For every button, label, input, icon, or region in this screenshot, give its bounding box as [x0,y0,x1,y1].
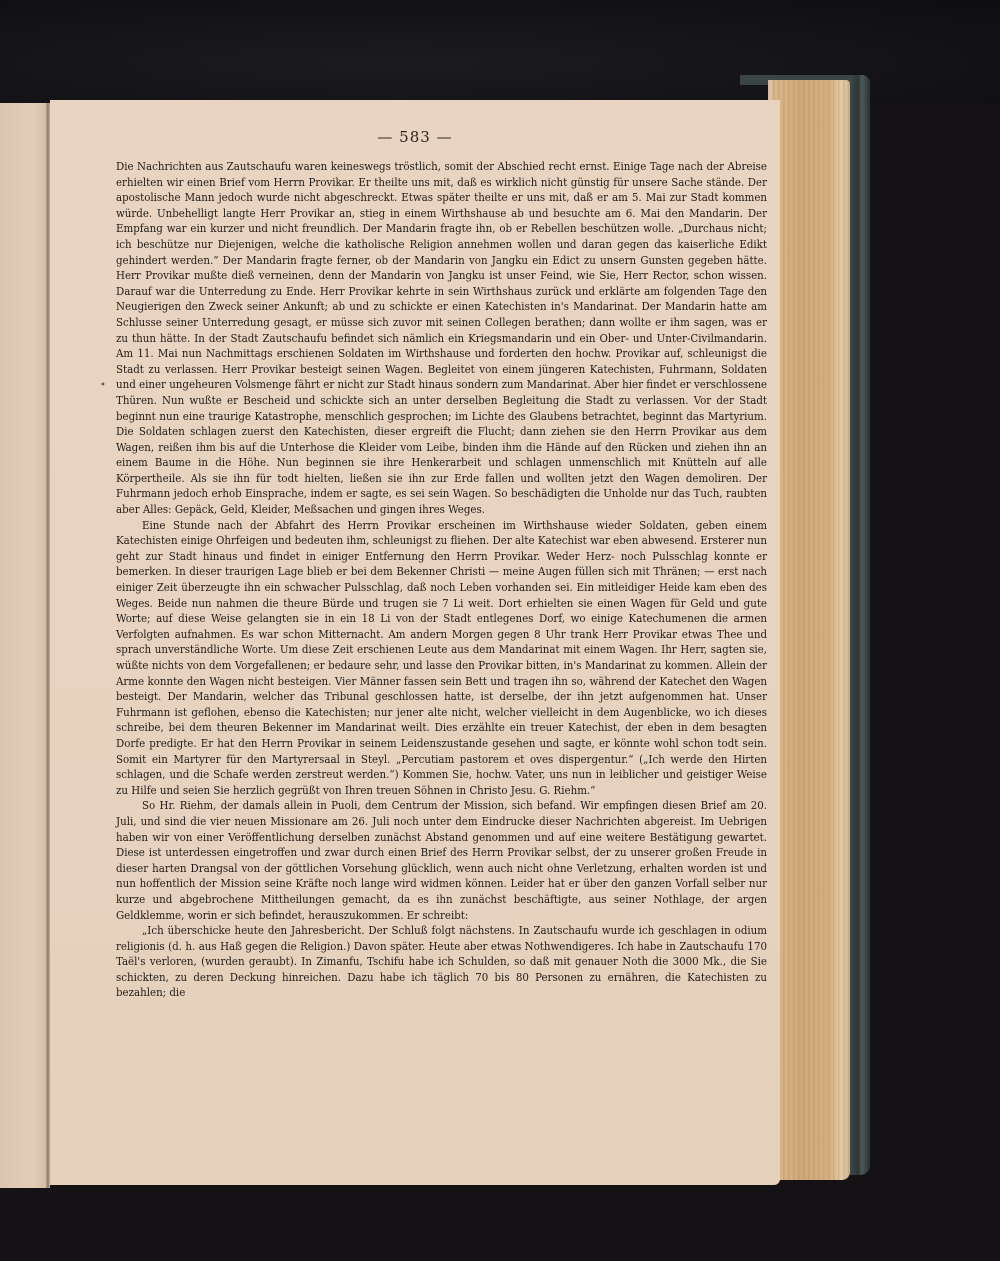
paragraph-1: Die Nachrichten aus Zautschaufu waren ke… [116,159,767,518]
page-number-header: — 583 — [50,128,780,146]
book-gutter [46,103,50,1188]
margin-mark: • [100,380,106,391]
paragraph-3: So Hr. Riehm, der damals allein in Puoli… [116,798,767,923]
book-cover-edge [850,75,870,1175]
paragraph-2: Eine Stunde nach der Abfahrt des Herrn P… [116,518,767,799]
page-block-fore-edge [768,80,850,1180]
page-body-text: Die Nachrichten aus Zautschaufu waren ke… [116,159,767,1001]
facing-page-edge [0,103,48,1188]
paragraph-4: „Ich überschicke heute den Jahresbericht… [116,923,767,1001]
